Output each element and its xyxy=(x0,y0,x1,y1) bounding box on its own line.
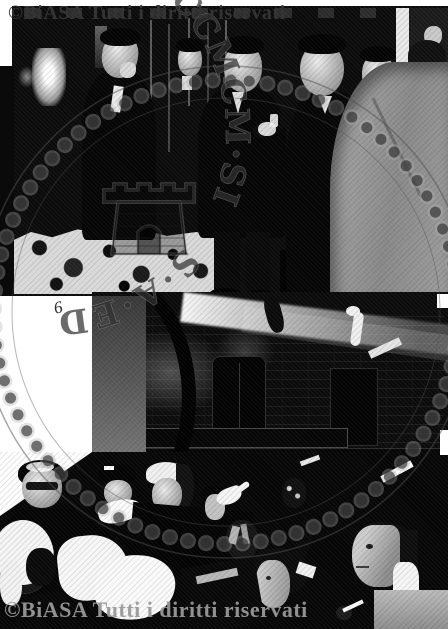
copyright-watermark-bottom: ©BiASA Tutti i diritti riservati xyxy=(4,597,308,623)
page-margin-sliver xyxy=(437,294,448,308)
crowd-man-1-highlight xyxy=(26,462,54,472)
right-man-mouth xyxy=(356,566,369,568)
bright-wall-artwork xyxy=(32,48,66,106)
pointing-finger xyxy=(236,481,251,494)
background-man-hair xyxy=(176,38,204,52)
man-1-hair xyxy=(100,28,140,46)
white-streak xyxy=(380,460,413,482)
scanned-archive-page: CONDIDIT·A SIL CCMCM·SI S·A·EDE 6 ©BiA xyxy=(0,0,448,629)
man-3-hair xyxy=(298,34,346,54)
white-highlight xyxy=(346,306,360,316)
right-man-shoulder xyxy=(374,590,448,629)
trouser-leg xyxy=(214,232,240,294)
crowd-head-speckled xyxy=(282,478,306,508)
page-margin-sliver xyxy=(440,430,448,455)
hair-highlight xyxy=(104,466,114,470)
trouser-leg xyxy=(246,232,270,294)
man-2-suit xyxy=(198,88,286,238)
woman-2-eye xyxy=(266,576,271,580)
handwritten-annotation: 6 xyxy=(52,297,64,318)
eyeglasses xyxy=(26,482,58,490)
photo-edge-strip xyxy=(0,66,14,296)
light-streak xyxy=(168,24,170,152)
drinking-glass xyxy=(270,114,278,127)
wall-highlight xyxy=(18,66,36,88)
man-2-hair xyxy=(222,36,264,54)
man-1-hand xyxy=(120,62,136,78)
photo-building-facade xyxy=(92,292,448,470)
white-streak xyxy=(300,455,321,467)
dark-blob xyxy=(26,548,56,586)
photo-men-in-suits xyxy=(12,6,448,296)
background-man-collar xyxy=(182,76,192,90)
copyright-watermark-top: ©BiASA Tutti i diritti riservati xyxy=(8,2,286,25)
man-4-hair xyxy=(360,46,396,62)
cigarette xyxy=(342,600,364,613)
right-man-eye xyxy=(366,544,373,549)
